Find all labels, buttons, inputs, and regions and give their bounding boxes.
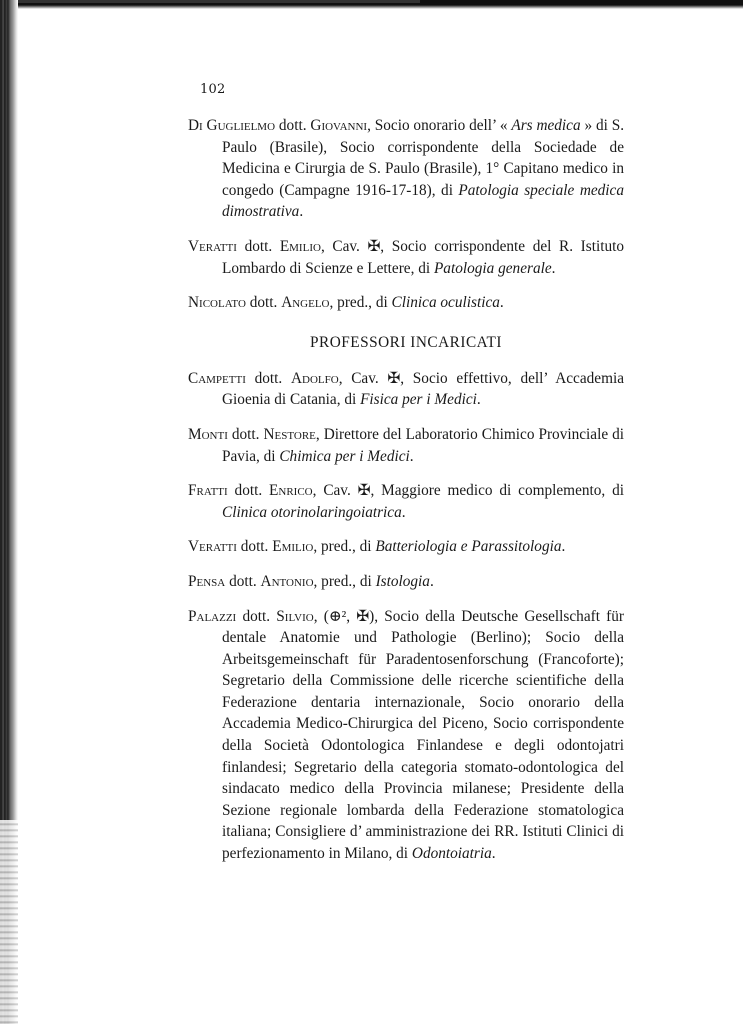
entry-text: . <box>410 448 414 465</box>
first-name: Emilio <box>272 538 313 555</box>
entry-description: , pred., di <box>330 294 392 311</box>
academic-title: dott. <box>250 294 278 311</box>
entry-text: . <box>552 260 556 277</box>
course-subject: Chimica per i Medici <box>279 448 409 465</box>
surname: Pensa <box>188 573 225 590</box>
surname: Palazzi <box>188 608 236 625</box>
entry-description: , Cav. ✠, Maggiore medico di complemento… <box>313 482 624 499</box>
faculty-entry: Campetti dott. Adolfo, Cav. ✠, Socio eff… <box>188 368 624 411</box>
entry-text: . <box>500 294 504 311</box>
academic-title: dott. <box>242 608 270 625</box>
first-name: Nestore <box>264 426 316 443</box>
first-name: Silvio <box>276 608 313 625</box>
first-name: Enrico <box>269 482 313 499</box>
first-name: Antonio <box>261 573 314 590</box>
page-number: 102 <box>200 82 225 97</box>
scan-top-border <box>0 0 743 9</box>
first-name: Adolfo <box>291 370 339 387</box>
scan-binding-edge <box>0 0 18 1024</box>
academic-title: dott. <box>235 482 263 499</box>
entry-text-end: . <box>299 203 303 220</box>
entry-text: . <box>477 391 481 408</box>
faculty-entry: Veratti dott. Emilio, pred., di Batterio… <box>188 536 624 558</box>
first-name: Emilio <box>280 238 321 255</box>
entry-description: , (⊕², ✠), Socio della Deutsche Gesellsc… <box>222 608 624 863</box>
entry-text: . <box>562 538 566 555</box>
surname: Di Guglielmo <box>188 117 275 134</box>
academic-title: dott. <box>255 370 283 387</box>
entry-description: , pred., di <box>313 538 375 555</box>
course-subject: Patologia generale <box>434 260 552 277</box>
surname: Monti <box>188 426 228 443</box>
academic-title: dott. <box>245 238 273 255</box>
faculty-entry: Fratti dott. Enrico, Cav. ✠, Maggiore me… <box>188 480 624 523</box>
course-subject: Clinica oculistica <box>392 294 500 311</box>
surname: Nicolato <box>188 294 246 311</box>
faculty-entry: Veratti dott. Emilio, Cav. ✠, Socio corr… <box>188 236 624 279</box>
entry-text: . <box>492 845 496 862</box>
first-name: Giovanni <box>310 117 367 134</box>
surname: Veratti <box>188 238 237 255</box>
academic-title: dott. <box>229 573 257 590</box>
entry-text: . <box>402 504 406 521</box>
course-subject: Batteriologia e Parassitologia <box>375 538 561 555</box>
faculty-entry: Palazzi dott. Silvio, (⊕², ✠), Socio del… <box>188 606 624 865</box>
course-subject: Istologia <box>376 573 430 590</box>
faculty-entry: Di Guglielmo dott. Giovanni, Socio onora… <box>188 115 624 223</box>
surname: Veratti <box>188 538 237 555</box>
first-name: Angelo <box>281 294 329 311</box>
surname: Fratti <box>188 482 228 499</box>
entry-text: . <box>430 573 434 590</box>
entry-description: , Socio onorario dell’ « <box>367 117 511 134</box>
academic-title: dott. <box>232 426 260 443</box>
academic-title: dott. <box>241 538 269 555</box>
faculty-entry: Nicolato dott. Angelo, pred., di Clinica… <box>188 292 624 314</box>
surname: Campetti <box>188 370 246 387</box>
course-subject: Clinica otorinolaringoiatrica <box>222 504 402 521</box>
section-title: PROFESSORI INCARICATI <box>188 334 624 352</box>
faculty-entry: Monti dott. Nestore, Direttore del Labor… <box>188 424 624 467</box>
course-subject: Ars medica <box>511 117 580 134</box>
course-subject: Fisica per i Medici <box>360 391 477 408</box>
course-subject: Odontoiatria <box>412 845 492 862</box>
entry-description: , pred., di <box>314 573 376 590</box>
academic-title: dott. <box>279 117 307 134</box>
faculty-list: Di Guglielmo dott. Giovanni, Socio onora… <box>188 115 624 878</box>
faculty-entry: Pensa dott. Antonio, pred., di Istologia… <box>188 571 624 593</box>
